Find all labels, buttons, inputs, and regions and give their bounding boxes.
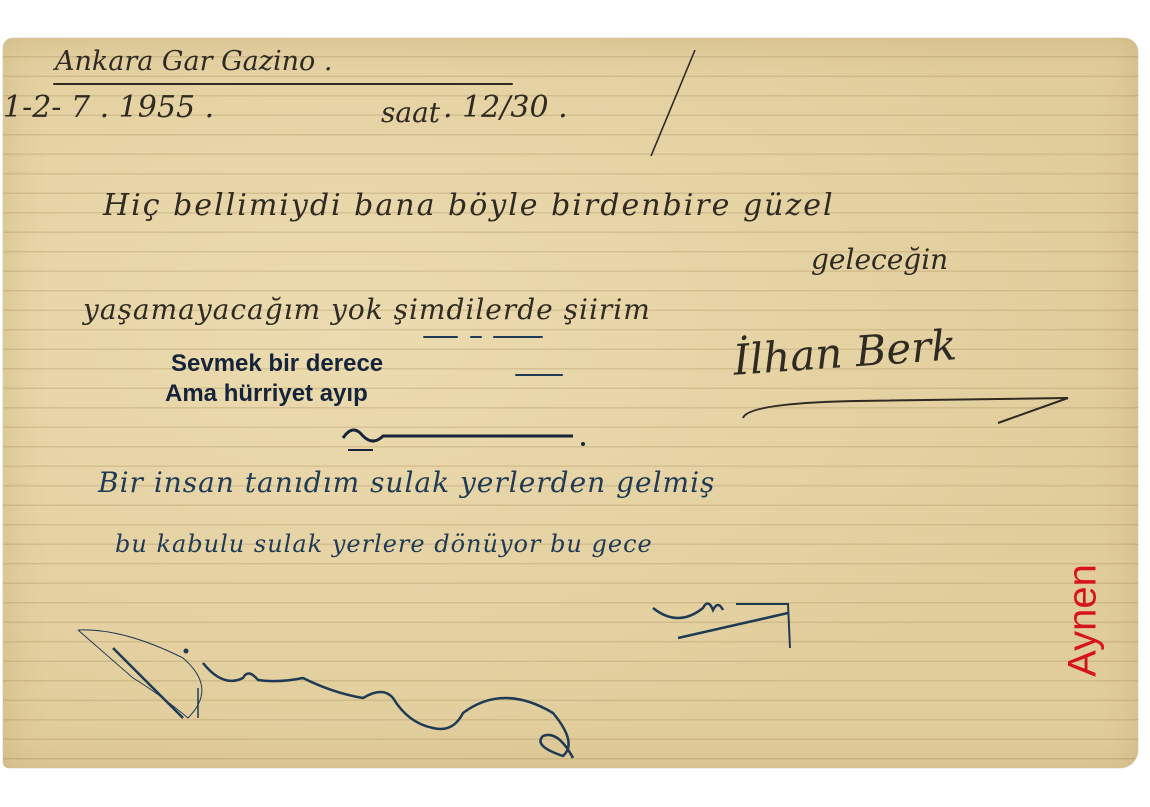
blue-initials [648, 598, 798, 658]
pencil-signature: İlhan Berk [732, 320, 959, 384]
navy-line-1: Sevmek bir derece [171, 350, 383, 378]
postcard: Ankara Gar Gazino . 1-2- 7 . 1955 . saat… [3, 38, 1138, 768]
blue-line-2: bu kabulu sulak yerlere dönüyor bu gece [115, 530, 653, 558]
header-date: 1-2- 7 . 1955 . [3, 90, 214, 125]
header-underline [53, 83, 513, 85]
poem-line-1: Hiç bellimiydi bana böyle birdenbire güz… [103, 188, 835, 223]
blue-underline-4 [515, 374, 563, 376]
time-slash [643, 48, 703, 158]
blue-underline-2 [470, 336, 482, 338]
poem-line-2: yaşamayacağım yok şimdilerde şiirim [83, 293, 651, 326]
bottom-signature [63, 618, 623, 768]
signature-flourish [738, 383, 1078, 433]
blue-line-1: Bir insan tanıdım sulak yerlerden gelmiş [98, 466, 715, 499]
navy-line-2: Ama hürriyet ayıp [165, 380, 368, 408]
blue-underline-1 [423, 336, 458, 338]
header-place: Ankara Gar Gazino . [55, 46, 332, 77]
blue-underline-3 [493, 336, 543, 338]
header-time-label: saat [381, 96, 440, 129]
struck-out-word [323, 418, 593, 458]
red-margin-note: Aynen [1061, 521, 1106, 721]
poem-insertion: geleceğin [811, 243, 948, 276]
header-time: . 12/30 . [443, 90, 568, 125]
